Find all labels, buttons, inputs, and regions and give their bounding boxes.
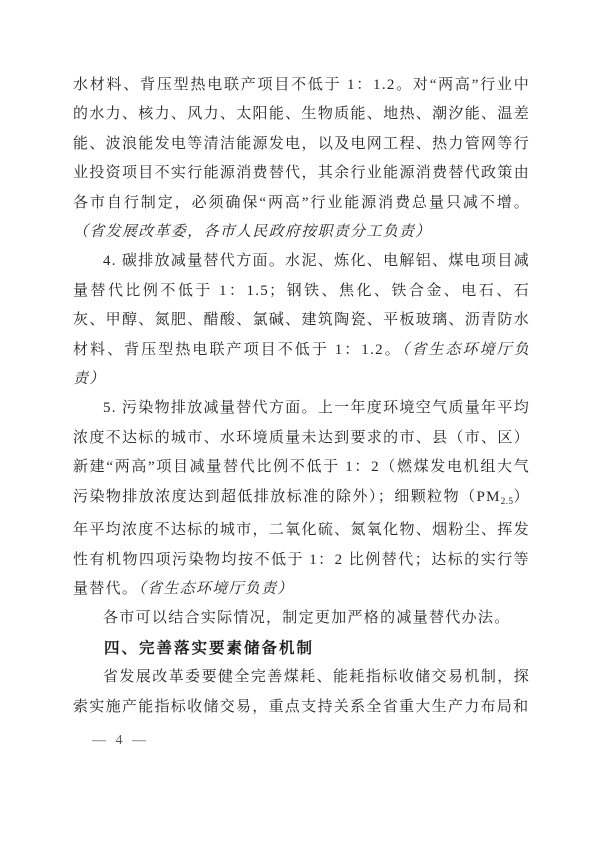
paragraph-text: 各市可以结合实际情况，制定更加严格的减量替代办法。 bbox=[103, 610, 511, 626]
paragraph-text: 省发展改革委要健全完善煤耗、能耗指标收储交易机制，探索实施产能指标收储交易，重点… bbox=[73, 669, 530, 714]
pm25-subscript: 2.5 bbox=[501, 496, 514, 506]
responsibility-attribution: （省发展改革委，各市人民政府按职责分工负责） bbox=[73, 224, 432, 240]
page-number: — 4 — bbox=[92, 733, 149, 748]
paragraph-carbon-emission-substitution: 4. 碳排放减量替代方面。水泥、炼化、电解铝、煤电项目减量替代比例不低于 1：1… bbox=[73, 247, 530, 394]
paragraph-energy-consumption-substitution: 水材料、背压型热电联产项目不低于 1：1.2。对“两高”行业中的水力、核力、风力… bbox=[73, 71, 530, 247]
page-footer: — 4 — bbox=[92, 731, 149, 751]
paragraph-text: 5. 污染物排放减量替代方面。上一年度环境空气质量年平均浓度不达标的城市、水环境… bbox=[73, 400, 530, 504]
document-page: 水材料、背压型热电联产项目不低于 1：1.2。对“两高”行业中的水力、核力、风力… bbox=[0, 0, 600, 848]
paragraph-reserve-mechanism: 省发展改革委要健全完善煤耗、能耗指标收储交易机制，探索实施产能指标收储交易，重点… bbox=[73, 663, 530, 722]
paragraph-text: 水材料、背压型热电联产项目不低于 1：1.2。对“两高”行业中的水力、核力、风力… bbox=[73, 77, 530, 211]
section-heading: 四、完善落实要素储备机制 bbox=[73, 634, 530, 663]
paragraph-city-stricter-measures: 各市可以结合实际情况，制定更加严格的减量替代办法。 bbox=[73, 604, 530, 633]
document-body: 水材料、背压型热电联产项目不低于 1：1.2。对“两高”行业中的水力、核力、风力… bbox=[73, 71, 530, 722]
responsibility-attribution: （省生态环境厅负责） bbox=[138, 581, 294, 597]
paragraph-pollutant-emission-substitution: 5. 污染物排放减量替代方面。上一年度环境空气质量年平均浓度不达标的城市、水环境… bbox=[73, 394, 530, 604]
